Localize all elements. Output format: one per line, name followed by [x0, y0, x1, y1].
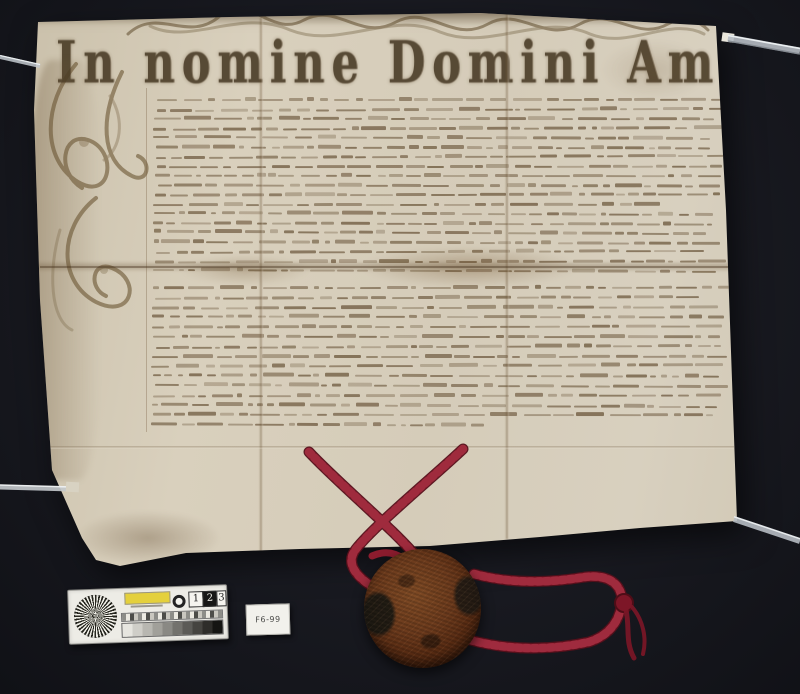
shelfmark-text: F6-99 — [255, 615, 280, 625]
yellow-color-patch — [124, 591, 170, 605]
siemens-star-icon — [73, 594, 117, 638]
focus-target-icon — [172, 595, 185, 608]
grayscale-wedge — [121, 619, 223, 638]
cord-frayed-ends — [626, 607, 645, 658]
patch-caption-text — [131, 604, 163, 607]
calibration-card: 1 2 3 — [67, 584, 229, 645]
cm-scale-number-3: 3 — [216, 590, 227, 606]
photo-background: In nomine Domini Amen — [0, 0, 800, 694]
shelfmark-label: F6-99 — [246, 603, 291, 635]
